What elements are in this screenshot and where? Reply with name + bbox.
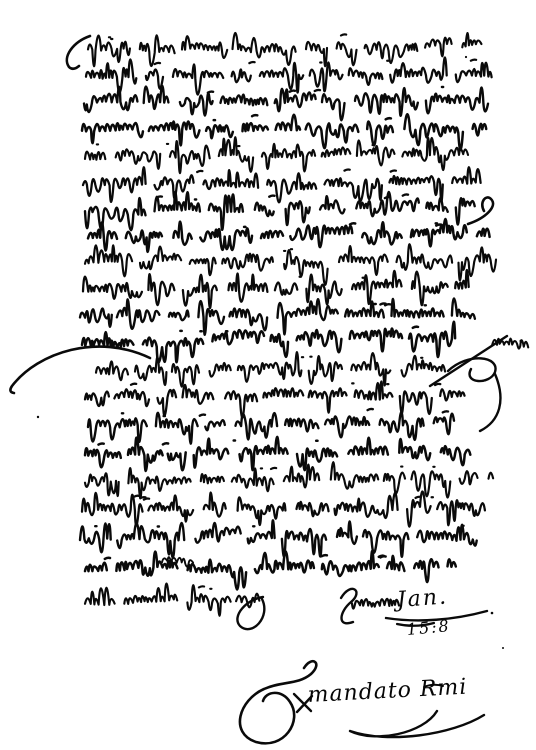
handwriting-line-8 — [88, 219, 490, 252]
handwriting-line-4 — [82, 114, 486, 149]
date-year-label: 15:8 — [406, 616, 451, 639]
handwriting-line-11 — [80, 298, 475, 334]
scan-speck — [37, 416, 39, 418]
handwriting-line-19 — [80, 520, 477, 557]
date-day-squiggle — [352, 599, 399, 609]
handwriting-line-3 — [84, 86, 488, 121]
handwriting-svg — [0, 0, 536, 750]
handwriting-line-6 — [83, 167, 481, 202]
handwriting-line-16 — [85, 437, 470, 471]
handwriting-line-18 — [82, 491, 485, 526]
handwriting-line-15 — [88, 409, 454, 444]
handwriting-line-5 — [85, 137, 468, 173]
handwriting-line-1 — [88, 33, 481, 66]
scan-speck — [502, 647, 504, 649]
scan-speck — [465, 56, 467, 58]
handwriting-line-21 — [85, 584, 259, 616]
handwriting-line-20 — [85, 551, 456, 589]
signature-tail-swash — [350, 711, 484, 737]
line13-tail — [480, 374, 500, 431]
line12-diagonal-stroke — [430, 336, 507, 386]
handwriting-line-10 — [83, 270, 469, 308]
handwriting-line-12 — [82, 322, 455, 363]
scan-speck — [491, 612, 494, 615]
date-month-label: Jan. — [396, 584, 449, 613]
left-margin-swash — [10, 347, 150, 393]
opening-swash — [67, 36, 90, 69]
manuscript-page: Jan. 15:8 mandato Rmi — [0, 0, 536, 750]
scan-speck — [520, 340, 523, 343]
